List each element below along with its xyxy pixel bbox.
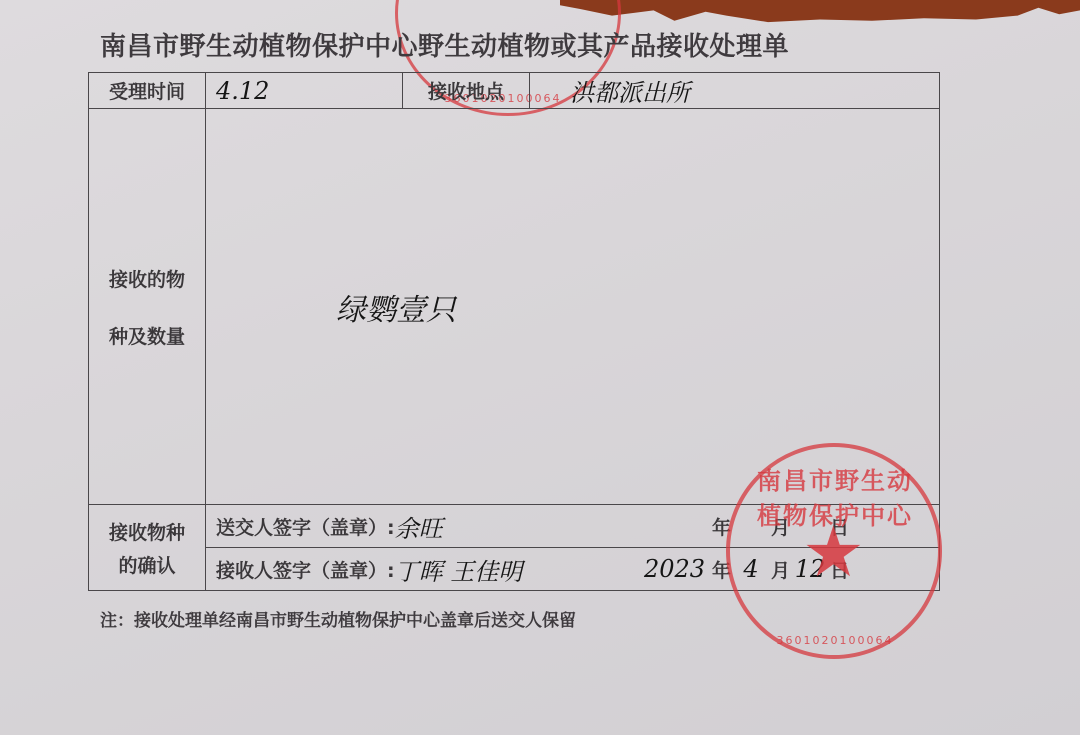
acceptance-time-value: 4.12: [206, 73, 403, 109]
acceptance-time-label: 受理时间: [89, 73, 206, 109]
receiving-location-label: 接收地点: [403, 73, 530, 109]
receiver-signature-row: 接收人签字（盖章）: 丁晖 王佳明 2023 年 4 月 12 日: [206, 548, 940, 591]
document-title: 南昌市野生动植物保护中心野生动植物或其产品接收处理单: [100, 26, 890, 63]
receiving-location-value: 洪都派出所: [530, 73, 940, 109]
receiver-signature-label: 接收人签字（盖章）:: [216, 556, 395, 583]
receiver-signature-value: 丁晖 王佳明: [395, 552, 595, 587]
sender-signature-label: 送交人签字（盖章）:: [216, 513, 395, 540]
footer-note: 注：接收处理单经南昌市野生动植物保护中心盖章后送交人保留: [100, 606, 576, 631]
confirmation-label: 接收物种 的确认: [89, 505, 206, 591]
receiver-date-month: 4: [731, 555, 771, 583]
receiver-date-day: 12: [790, 555, 830, 583]
sender-signature-row: 送交人签字（盖章）: 余旺 年 月 日: [206, 505, 940, 548]
sender-signature-value: 余旺: [395, 509, 625, 544]
species-quantity-label: 接收的物 种及数量: [89, 109, 206, 505]
species-quantity-value: 绿鹦壹只: [206, 109, 940, 505]
receiver-date-year: 2023: [644, 555, 704, 583]
form-table: 受理时间 4.12 接收地点 洪都派出所 接收的物 种及数量 绿鹦壹只 接收物种…: [88, 72, 940, 591]
